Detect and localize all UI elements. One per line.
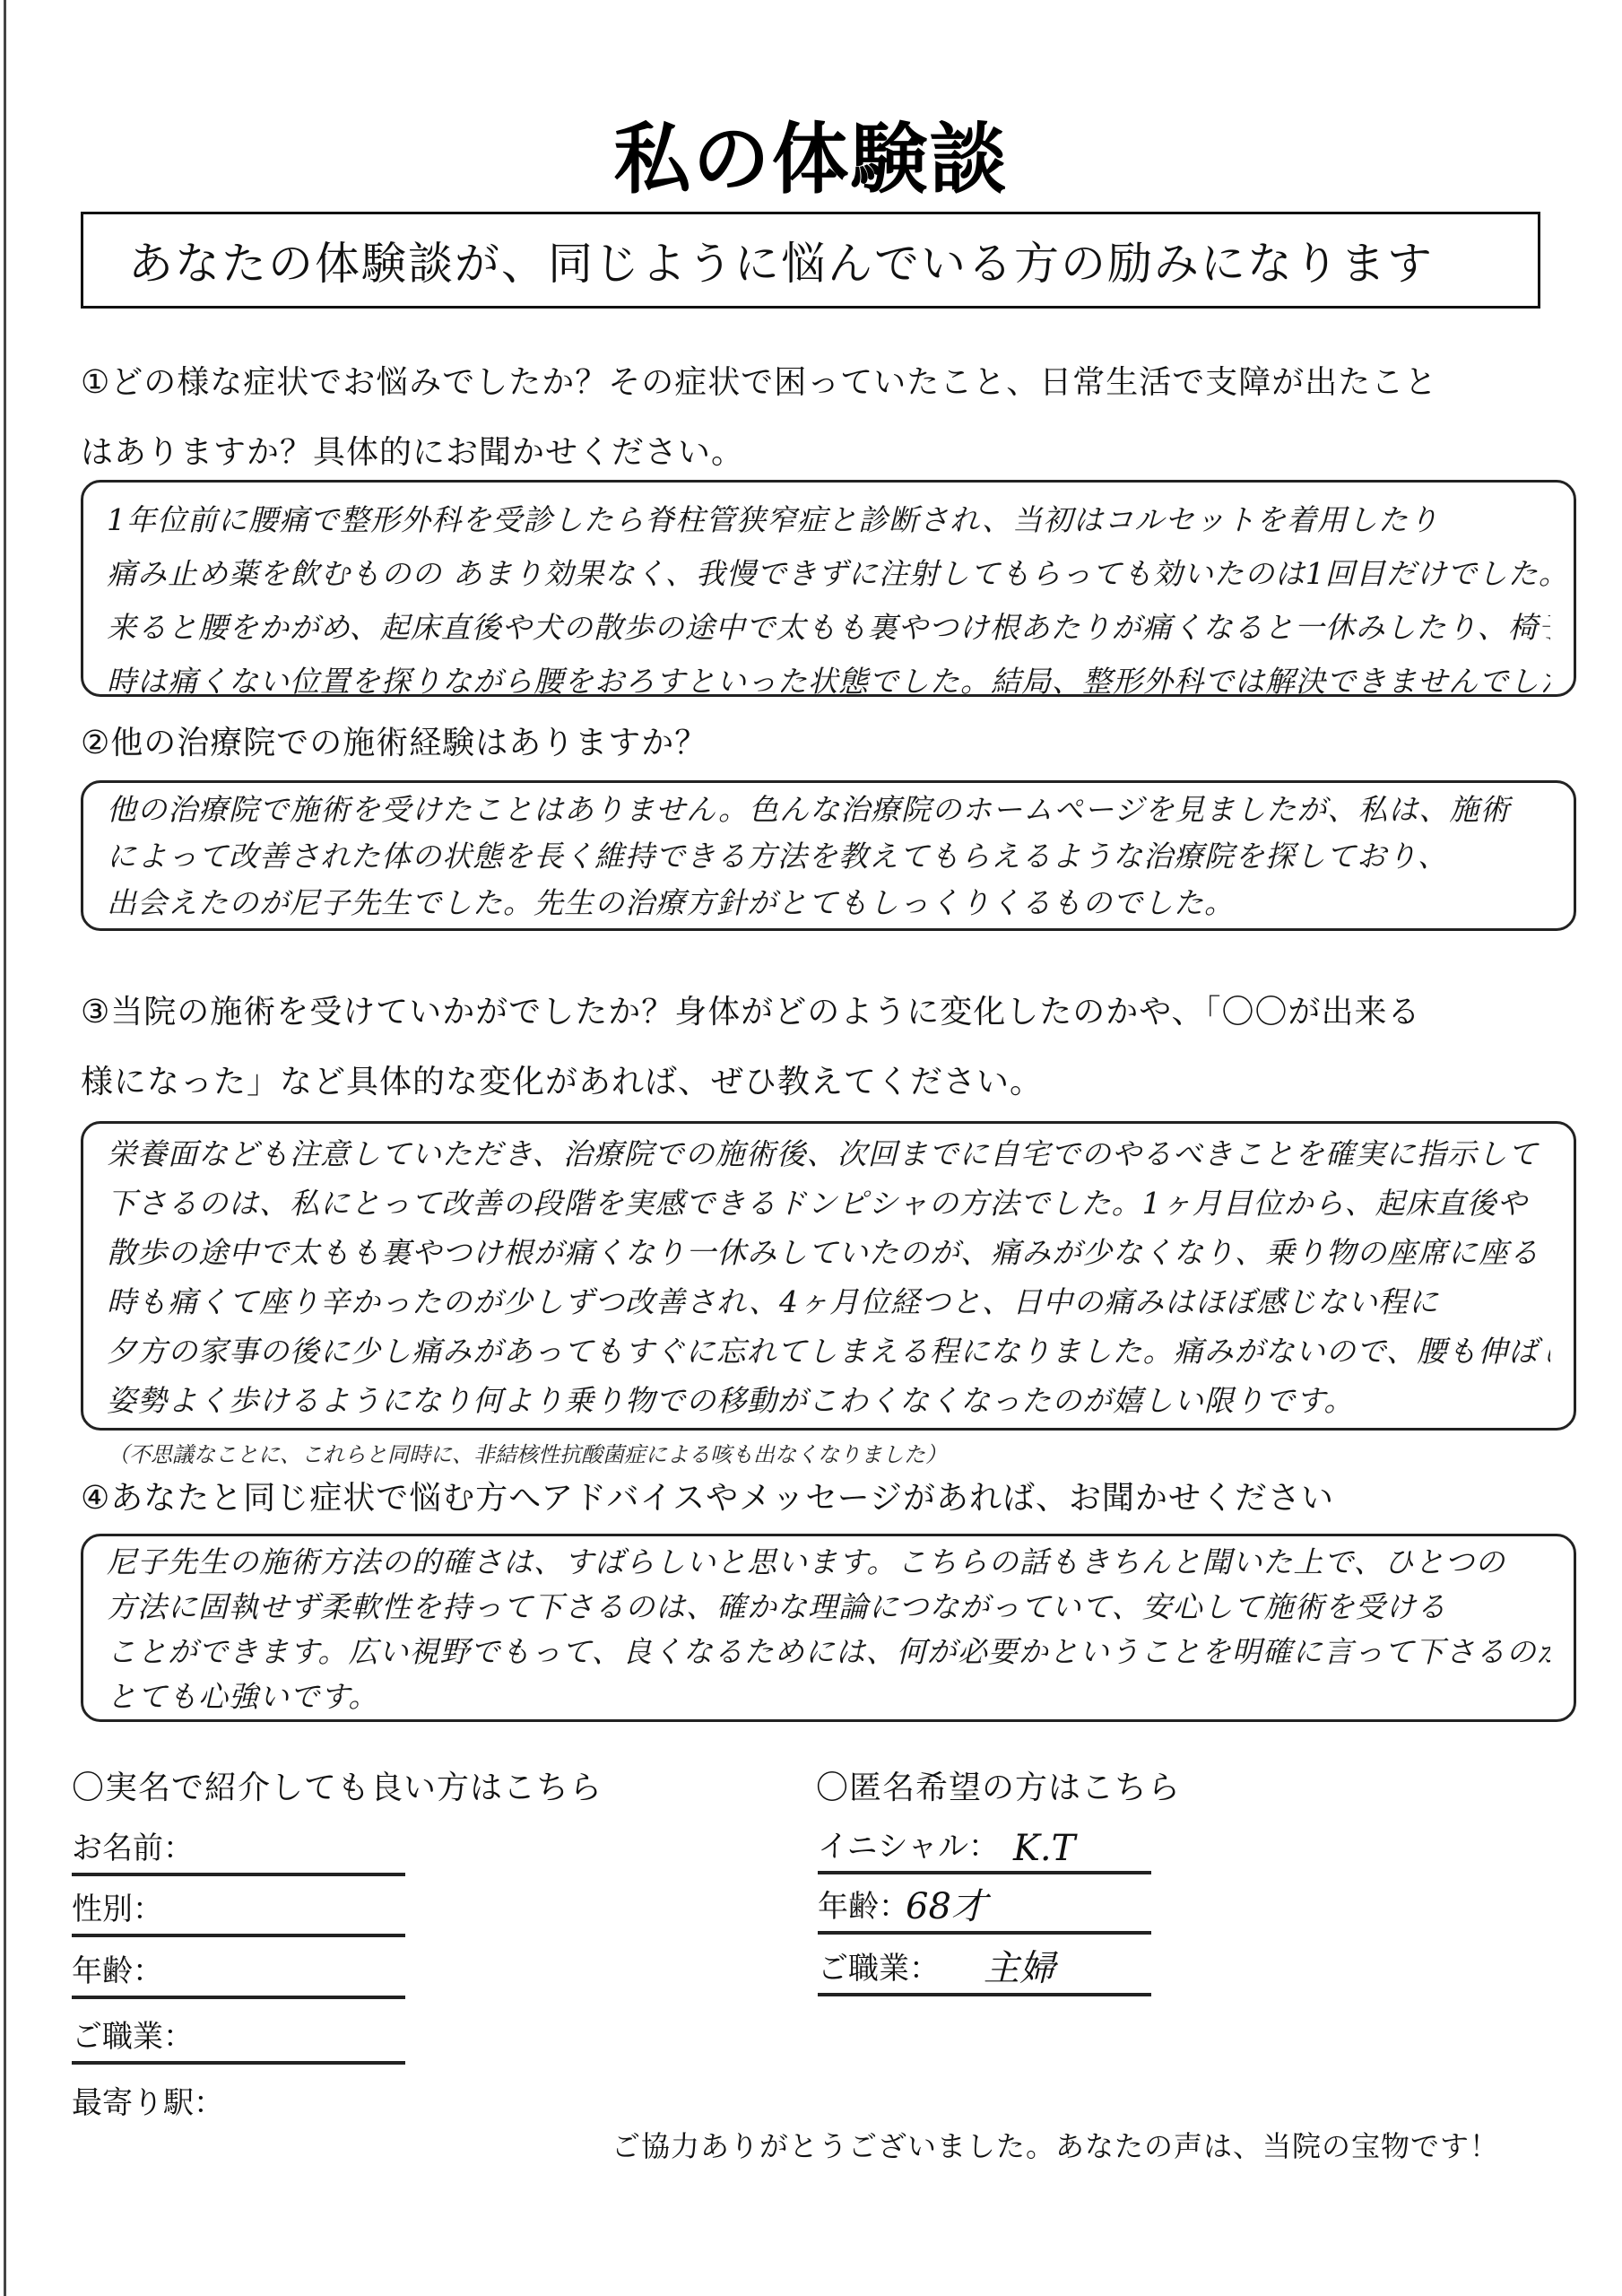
answer-2-line-2: によって改善された体の状態を長く維持できる方法を教えてもらえるような治療院を探し… [107, 833, 1550, 880]
anonymous-section-heading: 〇匿名希望の方はこちら [816, 1762, 1181, 1808]
real-name-section-heading: 〇実名で紹介しても良い方はこちら [72, 1762, 603, 1808]
banner-text: あなたの体験談が、同じように悩んでいる方の励みになります [128, 228, 1434, 292]
question-2-line-1: ②他の治療院での施術経験はありますか？ [81, 709, 707, 778]
answer-4-line-3: ことができます。広い視野でもって、良くなるためには、何が必要かということを明確に… [107, 1630, 1550, 1674]
answer-2-line-3: 出会えたのが尼子先生でした。先生の治療方針がとてもしっくりくるものでした。 [107, 880, 1550, 926]
field-nearest-station[interactable]: 最寄り駅： [72, 2072, 405, 2127]
field-nearest-station-label: 最寄り駅： [72, 2078, 224, 2122]
question-3-line-1: ③当院の施術を受けていかがでしたか？身体がどのように変化したのかや、「〇〇が出来… [81, 978, 1421, 1048]
thank-you-footer: ご協力ありがとうございました。あなたの声は、当院の宝物です！ [612, 2124, 1499, 2165]
question-1: ①どの様な症状でお悩みでしたか？その症状で困っていたこと、日常生活で支障が出たこ… [81, 348, 1437, 488]
question-1-line-1: ①どの様な症状でお悩みでしたか？その症状で困っていたこと、日常生活で支障が出たこ… [81, 348, 1437, 418]
question-1-line-2: はありますか？具体的にお聞かせください。 [81, 418, 1437, 488]
question-3-line-2: 様になった」など具体的な変化があれば、ぜひ教えてください。 [81, 1048, 1421, 1118]
field-gender[interactable]: 性別： [72, 1882, 405, 1937]
question-4: ④あなたと同じ症状で悩む方へアドバイスやメッセージがあれば、お聞かせください [81, 1464, 1334, 1534]
field-initials-label: イニシャル： [818, 1822, 999, 1865]
answer-1-box: 1年位前に腰痛で整形外科を受診したら脊柱管狭窄症と診断され、当初はコルセットを着… [81, 480, 1576, 697]
page-edge-line [4, 0, 6, 2296]
answer-3-line-4: 時も痛くて座り辛かったのが少しずつ改善され、4ヶ月位経つと、日中の痛みはほぼ感じ… [107, 1277, 1550, 1326]
field-age[interactable]: 年齢： [72, 1944, 405, 1999]
question-2: ②他の治療院での施術経験はありますか？ [81, 709, 707, 778]
field-anon-occupation-label: ご職業： [818, 1944, 940, 1987]
answer-1-line-4: 時は痛くない位置を探りながら腰をおろすといった状態でした。結局、整形外科では解決… [107, 655, 1550, 709]
answer-3-box: 栄養面なども注意していただき、治療院での施術後、次回までに自宅でのやるべきことを… [81, 1121, 1576, 1431]
answer-4-line-2: 方法に固執せず柔軟性を持って下さるのは、確かな理論につながっていて、安心して施術… [107, 1585, 1550, 1630]
field-anon-occupation-value: 主婦 [984, 1940, 1055, 1991]
answer-1-line-1: 1年位前に腰痛で整形外科を受診したら脊柱管狭窄症と診断され、当初はコルセットを着… [107, 493, 1550, 547]
question-4-line-1: ④あなたと同じ症状で悩む方へアドバイスやメッセージがあれば、お聞かせください [81, 1464, 1334, 1534]
field-age-label: 年齢： [72, 1946, 163, 1990]
answer-3-line-1: 栄養面なども注意していただき、治療院での施術後、次回までに自宅でのやるべきことを… [107, 1129, 1550, 1178]
question-3: ③当院の施術を受けていかがでしたか？身体がどのように変化したのかや、「〇〇が出来… [81, 978, 1421, 1118]
field-anon-occupation[interactable]: ご職業： 主婦 [818, 1941, 1151, 1996]
field-anon-age-label: 年齢： [818, 1882, 909, 1926]
answer-3-line-5: 夕方の家事の後に少し痛みがあってもすぐに忘れてしまえる程になりました。痛みがない… [107, 1326, 1550, 1376]
answer-4-line-1: 尼子先生の施術方法の的確さは、すばらしいと思います。こちらの話もきちんと聞いた上… [107, 1540, 1550, 1585]
field-anon-age[interactable]: 年齢： 68才 [818, 1879, 1151, 1935]
answer-4-box: 尼子先生の施術方法の的確さは、すばらしいと思います。こちらの話もきちんと聞いた上… [81, 1534, 1576, 1722]
answer-3-line-6: 姿勢よく歩けるようになり何より乗り物での移動がこわくなくなったのが嬉しい限りです… [107, 1376, 1550, 1425]
page-title: 私の体験談 [0, 97, 1622, 208]
answer-4-line-4: とても心強いです。 [107, 1674, 1550, 1719]
field-name[interactable]: お名前： [72, 1821, 405, 1876]
answer-1-line-2: 痛み止め薬を飲むものの あまり効果なく、我慢できずに注射してもらっても効いたのは… [107, 547, 1550, 601]
answer-3-line-3: 散歩の途中で太もも裏やつけ根が痛くなり一休みしていたのが、痛みが少なくなり、乗り… [107, 1228, 1550, 1277]
answer-2-line-1: 他の治療院で施術を受けたことはありません。色んな治療院のホームページを見ましたが… [107, 787, 1550, 833]
field-anon-age-value: 68才 [906, 1878, 987, 1929]
field-occupation-label: ご職業： [72, 2012, 194, 2056]
field-gender-label: 性別： [72, 1884, 163, 1928]
field-initials-value: K.T [1013, 1828, 1075, 1869]
answer-3-line-2: 下さるのは、私にとって改善の段階を実感できるドンピシャの方法でした。1ヶ月目位か… [107, 1178, 1550, 1228]
answer-2-box: 他の治療院で施術を受けたことはありません。色んな治療院のホームページを見ましたが… [81, 780, 1576, 931]
field-occupation[interactable]: ご職業： [72, 2009, 405, 2065]
field-name-label: お名前： [72, 1823, 194, 1867]
encouragement-banner: あなたの体験談が、同じように悩んでいる方の励みになります [81, 212, 1540, 309]
field-initials[interactable]: イニシャル： K.T [818, 1819, 1151, 1874]
answer-1-line-3: 来ると腰をかがめ、起床直後や犬の散歩の途中で太もも裏やつけ根あたりが痛くなると一… [107, 601, 1550, 655]
